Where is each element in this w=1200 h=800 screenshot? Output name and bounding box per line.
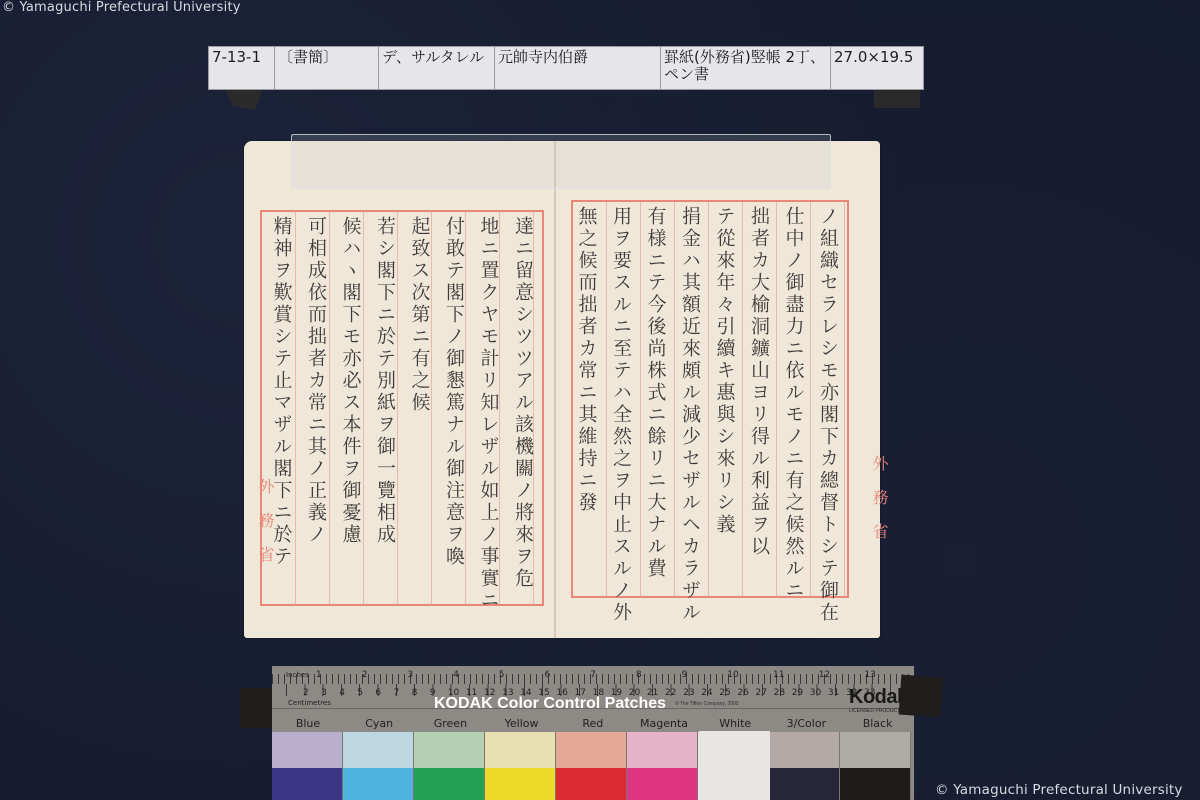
color-patch xyxy=(343,768,414,800)
patch-label: Blue xyxy=(272,717,344,730)
cm-mark: 8 xyxy=(412,688,418,698)
patch-label: 3/Color xyxy=(770,717,842,730)
acrylic-holder xyxy=(291,134,831,189)
cm-mark: 22 xyxy=(665,688,676,698)
inch-mark: 11 xyxy=(773,670,784,680)
catalog-label: 7-13-1〔書簡〕デ、サルタレル元帥寺内伯爵罫紙(外務省)竪帳 2丁、ペン書2… xyxy=(208,46,924,90)
handwritten-line: 仕中ノ御盡力ニ依ルモノニ有之候然ルニ xyxy=(783,206,805,602)
label-cell: 27.0×19.5 xyxy=(831,47,923,89)
label-cell: 7-13-1 xyxy=(209,47,275,89)
inch-mark: 7 xyxy=(590,670,596,680)
inch-mark: 4 xyxy=(453,670,459,680)
kodak-copyright: © The Tiffen Company, 2000 xyxy=(675,701,738,707)
cm-mark: 28 xyxy=(774,688,785,698)
patch-label: Magenta xyxy=(628,717,700,730)
cm-mark: 26 xyxy=(737,688,748,698)
handwritten-line: 地ニ置クヤモ計リ知レザル如上ノ事實ニ xyxy=(478,216,500,612)
handwritten-line: 付敢テ閣下ノ御懇篤ナル御注意ヲ喚 xyxy=(443,216,465,568)
color-patch xyxy=(414,768,485,800)
color-patch xyxy=(769,732,840,768)
label-cell: デ、サルタレル xyxy=(379,47,495,89)
color-patch xyxy=(272,732,343,768)
patch-label: Yellow xyxy=(486,717,558,730)
handwritten-line: 達ニ留意シツツアル該機關ノ將來ヲ危 xyxy=(512,216,534,590)
color-patch xyxy=(485,732,556,768)
label-cell: 〔書簡〕 xyxy=(275,47,379,89)
color-patch xyxy=(840,732,911,768)
left-page-ruled-frame xyxy=(260,210,544,606)
handwritten-line: ノ組織セラレシモ亦閣下カ總督トシテ御在 xyxy=(817,206,839,624)
cm-mark: 3 xyxy=(321,688,327,698)
inch-mark: 1 xyxy=(316,670,322,680)
patch-label: White xyxy=(699,717,771,730)
color-patch xyxy=(414,732,485,768)
cm-mark: 2 xyxy=(303,688,309,698)
handwritten-line: 拙者カ大榆洞鑛山ヨリ得ル利益ヲ以 xyxy=(748,206,770,558)
inch-mark: 13 xyxy=(864,670,875,680)
cm-mark: 23 xyxy=(683,688,694,698)
color-patch xyxy=(556,732,627,768)
color-patch xyxy=(627,768,698,800)
color-patch xyxy=(627,732,698,768)
color-patch xyxy=(840,768,911,800)
handwritten-line: テ從來年々引續キ惠與シ來リシ義 xyxy=(714,206,736,536)
margin-mark-right: 外務省 xyxy=(868,455,891,557)
inch-mark: 10 xyxy=(727,670,738,680)
cm-mark: 29 xyxy=(792,688,803,698)
cm-mark: 30 xyxy=(810,688,821,698)
handwritten-line: 用ヲ要スルニ至テハ全然之ヲ中止スルノ外 xyxy=(610,206,632,624)
centimetres-label: Centimetres xyxy=(288,699,331,707)
handwritten-line: 捐金ハ其額近來頗ル減少セザルヘカラザル xyxy=(679,206,701,624)
licensed-product: LICENSED PRODUCT xyxy=(849,708,900,714)
color-patch xyxy=(343,732,414,768)
handwritten-line: 起致ス次第ニ有之候 xyxy=(409,216,431,414)
inches-label: Inches xyxy=(286,671,309,679)
watermark-bottom-right: © Yamaguchi Prefectural University xyxy=(935,782,1183,798)
handwritten-line: 候ハヽ閣下モ亦必ス本件ヲ御憂慮 xyxy=(340,216,362,546)
inch-mark: 12 xyxy=(819,670,830,680)
patch-label: Green xyxy=(414,717,486,730)
inch-mark: 3 xyxy=(407,670,413,680)
patch-white xyxy=(699,731,770,800)
tape-piece xyxy=(899,675,944,718)
tape-piece xyxy=(225,88,263,110)
handwritten-line: 有様ニテ今後尚株式ニ餘リニ大ナル費 xyxy=(645,206,667,580)
cm-mark: 6 xyxy=(375,688,381,698)
color-patch xyxy=(485,768,556,800)
patch-label: Red xyxy=(557,717,629,730)
inch-mark: 8 xyxy=(636,670,642,680)
inch-mark: 5 xyxy=(499,670,505,680)
cm-mark: 4 xyxy=(339,688,345,698)
color-patch xyxy=(556,768,627,800)
patch-label: Cyan xyxy=(343,717,415,730)
color-patch xyxy=(769,768,840,800)
cm-mark: 5 xyxy=(357,688,363,698)
watermark-top-left: © Yamaguchi Prefectural University xyxy=(2,0,241,15)
patch-row-dark xyxy=(272,768,911,800)
kodak-color-strip: Inches Centimetres 12345678910111213 234… xyxy=(272,666,914,800)
handwritten-line: 若シ閣下ニ於テ別紙ヲ御一覽相成 xyxy=(374,216,396,546)
inch-mark: 2 xyxy=(362,670,368,680)
inch-mark: 6 xyxy=(545,670,551,680)
tape-piece xyxy=(874,88,920,108)
fold-line xyxy=(554,141,556,638)
cm-mark: 27 xyxy=(756,688,767,698)
handwritten-line: 可相成依而拙者カ常ニ其ノ正義ノ xyxy=(305,216,327,546)
cm-mark: 25 xyxy=(719,688,730,698)
color-patch xyxy=(272,768,343,800)
label-cell: 罫紙(外務省)竪帳 2丁、ペン書 xyxy=(661,47,831,89)
handwritten-line: 無之候而拙者カ常ニ其維持ニ發 xyxy=(576,206,598,514)
kodak-title: KODAK Color Control Patches xyxy=(434,695,666,713)
label-cell: 元帥寺内伯爵 xyxy=(495,47,661,89)
patch-label: Black xyxy=(842,717,914,730)
handwritten-line: 精神ヲ歎賞シテ止マザル閣下ニ於テ xyxy=(271,216,293,568)
cm-mark: 24 xyxy=(701,688,712,698)
patch-row-light xyxy=(272,732,911,768)
inch-mark: 9 xyxy=(682,670,688,680)
cm-mark: 31 xyxy=(828,688,839,698)
cm-mark: 7 xyxy=(394,688,400,698)
